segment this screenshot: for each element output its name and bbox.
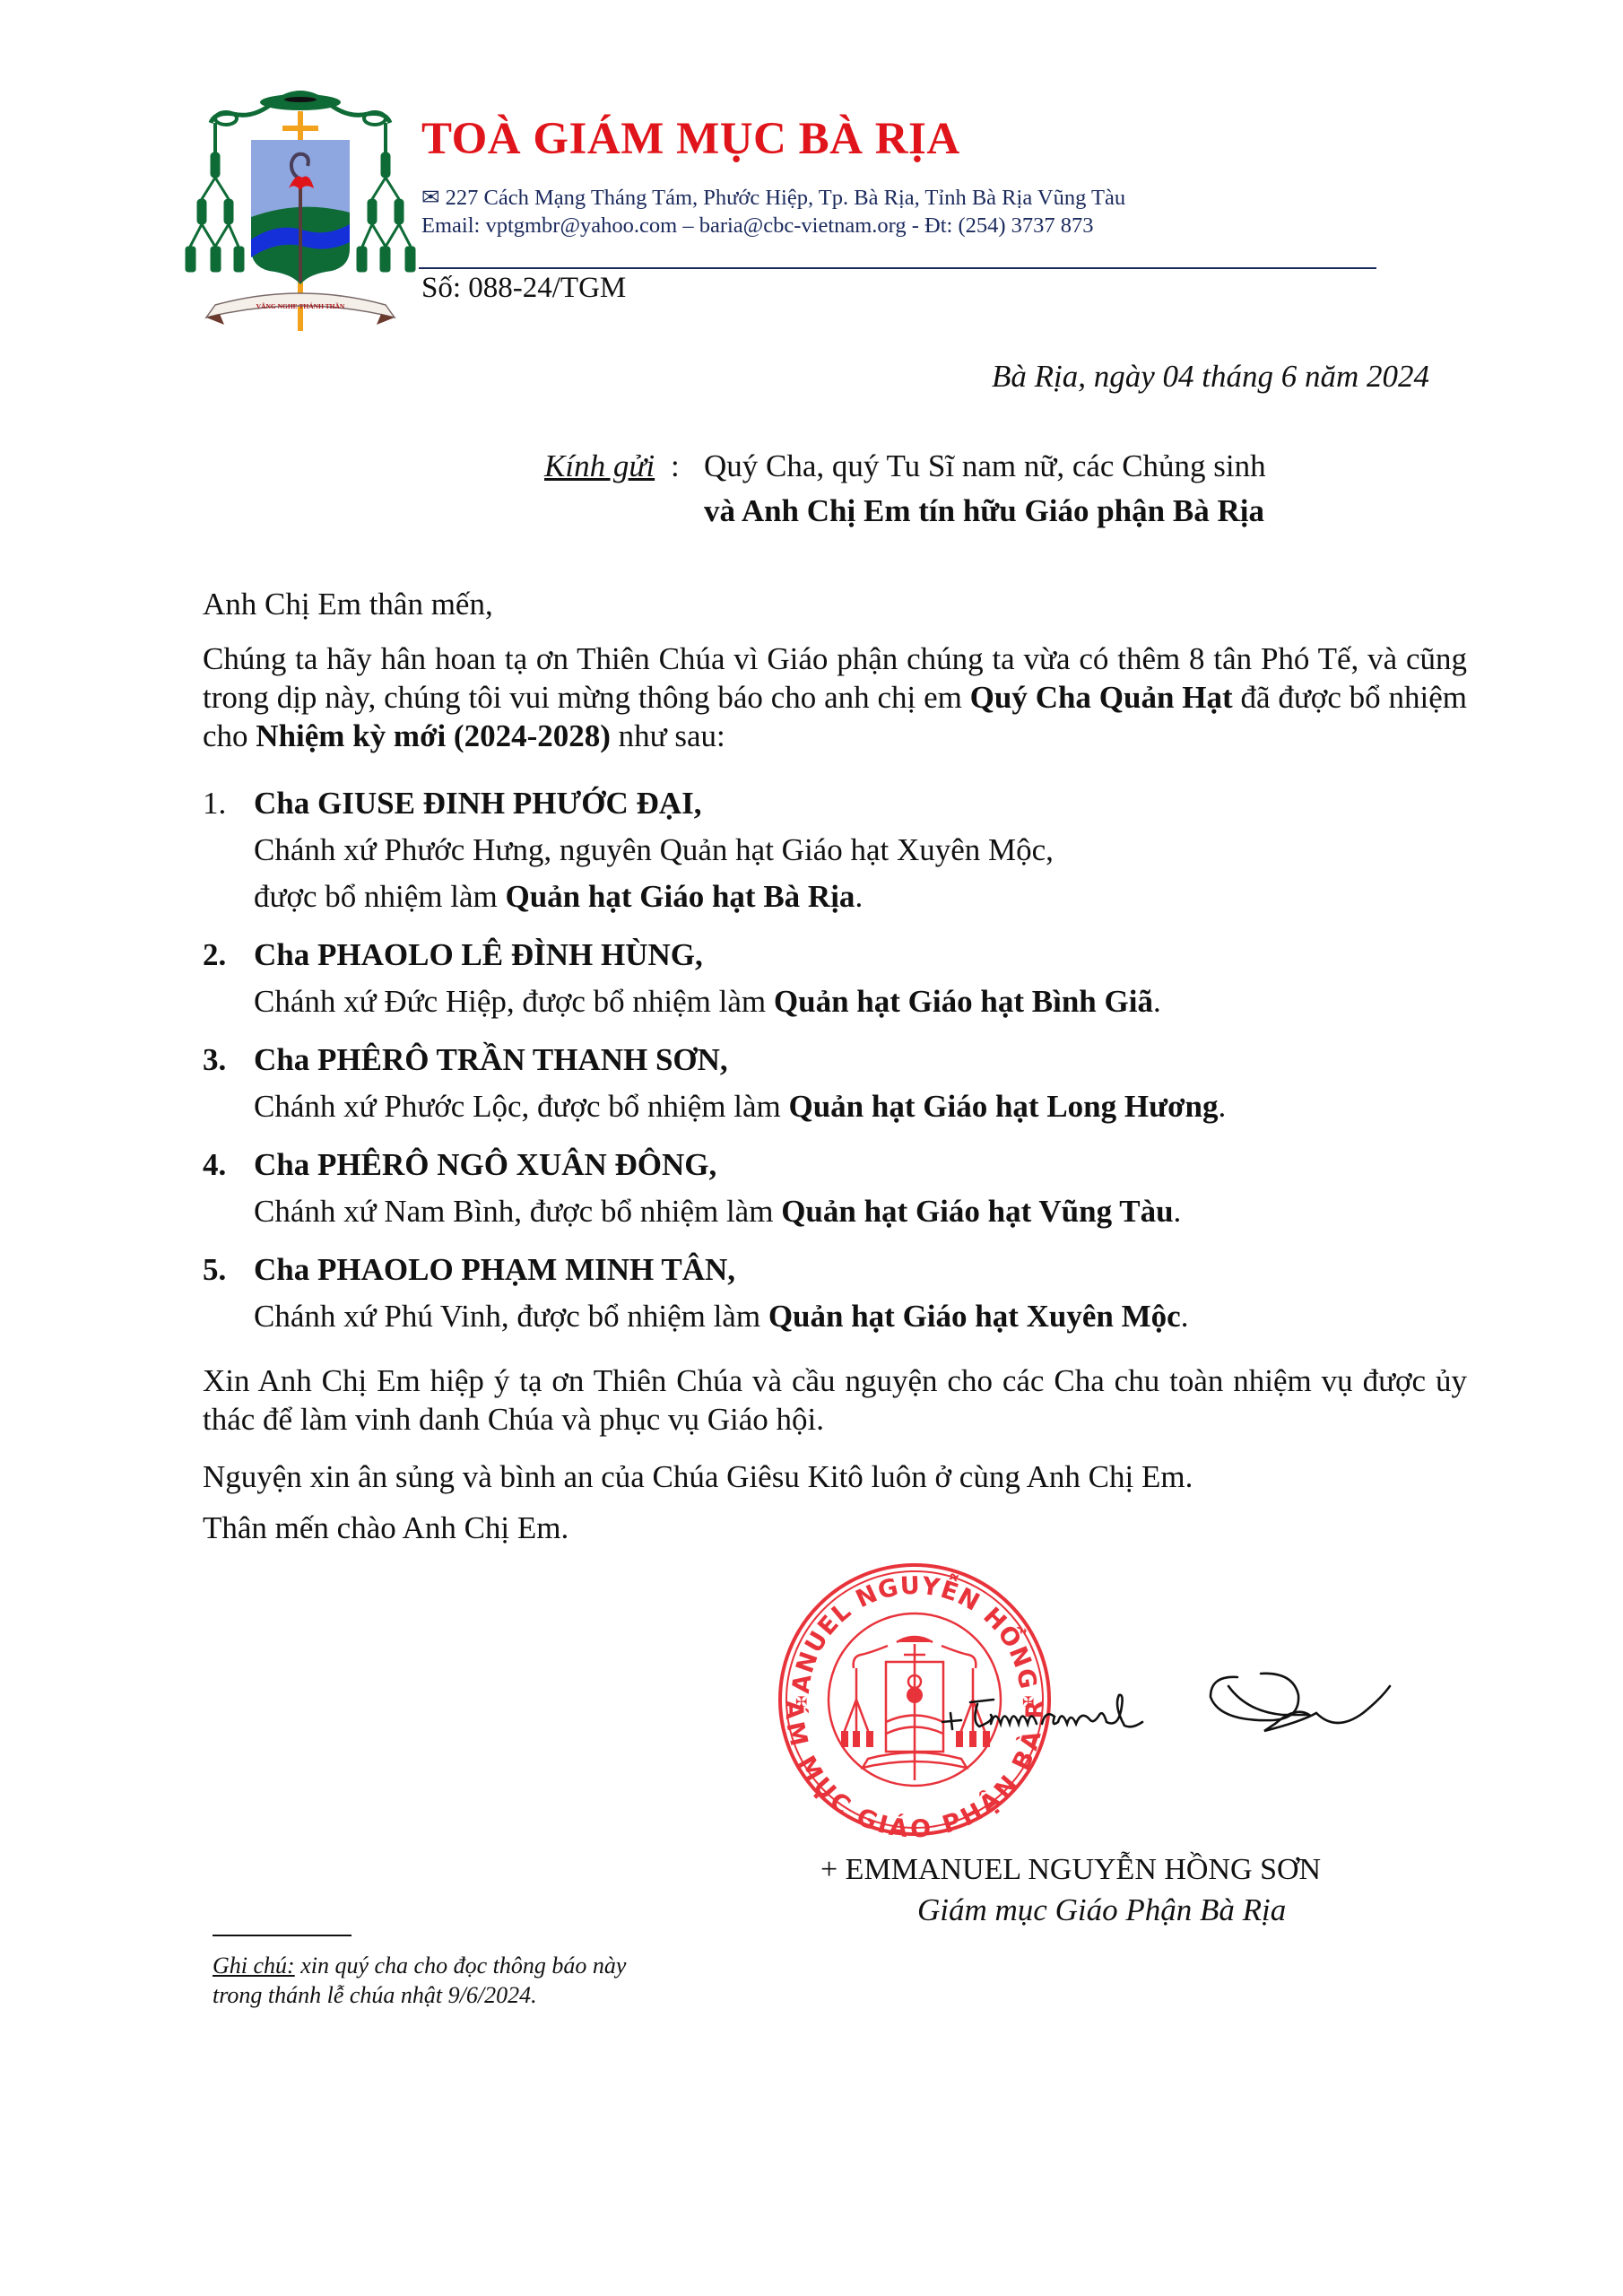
appointment-text-end: .	[1174, 1194, 1182, 1229]
footnote-line-1: Ghi chú: xin quý cha cho đọc thông báo n…	[213, 1952, 626, 1979]
intro-paragraph: Chúng ta hãy hân hoan tạ ơn Thiên Chúa v…	[203, 639, 1467, 755]
appointment-heading: 4.Cha PHÊRÔ NGÔ XUÂN ĐÔNG,	[203, 1142, 1467, 1188]
priest-name: Cha PHAOLO LÊ ĐÌNH HÙNG,	[254, 937, 703, 972]
closing-farewell: Thân mến chào Anh Chị Em.	[203, 1509, 1467, 1547]
appointment-heading: 2.Cha PHAOLO LÊ ĐÌNH HÙNG,	[203, 932, 1467, 978]
appointment-text-end: .	[1181, 1299, 1189, 1334]
header-divider	[419, 267, 1376, 269]
appointment-text: Chánh xứ Phước Hưng, nguyên Quản hạt Giá…	[254, 832, 1054, 867]
address-line: ✉ 227 Cách Mạng Tháng Tám, Phước Hiệp, T…	[421, 184, 1125, 211]
contact-line: Email: vptgmbr@yahoo.com – baria@cbc-vie…	[421, 213, 1094, 239]
appointment-text-end: .	[1218, 1089, 1226, 1124]
seal-star-left-icon: ✠	[795, 1695, 807, 1710]
deanery-assignment: Quản hạt Giáo hạt Xuyên Mộc	[768, 1299, 1181, 1334]
reference-number: Số: 088-24/TGM	[421, 272, 626, 305]
addressee-label: Kính gửi	[544, 448, 655, 484]
closing-blessing: Nguyện xin ân sủng và bình an của Chúa G…	[203, 1457, 1467, 1496]
appointment-description: Chánh xứ Nam Bình, được bổ nhiệm làm Quả…	[203, 1188, 1467, 1235]
appointment-heading: 1.Cha GIUSE ĐINH PHƯỚC ĐẠI,	[203, 780, 1467, 827]
intro-bold-2: Nhiệm kỳ mới (2024-2028)	[256, 718, 611, 753]
closing-prayer: Xin Anh Chị Em hiệp ý tạ ơn Thiên Chúa v…	[203, 1361, 1467, 1439]
appointment-number: 1.	[203, 780, 254, 827]
signatory-title: Giám mục Giáo Phận Bà Rịa	[917, 1892, 1286, 1928]
appointment-description: Chánh xứ Đức Hiệp, được bổ nhiệm làm Quả…	[203, 978, 1467, 1025]
footnote-text-1: xin quý cha cho đọc thông báo này	[295, 1952, 627, 1979]
appointment-text-end: .	[855, 879, 863, 914]
date-line: Bà Rịa, ngày 04 tháng 6 năm 2024	[992, 359, 1429, 395]
appointment-text: được bổ nhiệm làm	[254, 879, 505, 914]
deanery-assignment: Quản hạt Giáo hạt Bà Rịa	[505, 879, 855, 914]
intro-text-3: như sau:	[611, 718, 725, 753]
appointment-heading: 3.Cha PHÊRÔ TRẦN THANH SƠN,	[203, 1037, 1467, 1083]
appointment-description: Chánh xứ Phước Hưng, nguyên Quản hạt Giá…	[203, 827, 1467, 874]
appointment-item: 2.Cha PHAOLO LÊ ĐÌNH HÙNG,Chánh xứ Đức H…	[203, 932, 1467, 1025]
organization-title: TOÀ GIÁM MỤC BÀ RỊA	[421, 113, 960, 165]
appointment-text-end: .	[1153, 984, 1161, 1019]
appointment-number: 2.	[203, 932, 254, 978]
appointment-description: được bổ nhiệm làm Quản hạt Giáo hạt Bà R…	[203, 874, 1467, 920]
footnote-divider	[213, 1935, 352, 1936]
addressee-line-1: Quý Cha, quý Tu Sĩ nam nữ, các Chủng sin…	[704, 448, 1266, 484]
appointment-description: Chánh xứ Phước Lộc, được bổ nhiệm làm Qu…	[203, 1083, 1467, 1130]
appointment-item: 5.Cha PHAOLO PHẠM MINH TÂN,Chánh xứ Phú …	[203, 1247, 1467, 1340]
addressee-line-2: và Anh Chị Em tín hữu Giáo phận Bà Rịa	[704, 493, 1264, 529]
priest-name: Cha PHÊRÔ NGÔ XUÂN ĐÔNG,	[254, 1147, 716, 1182]
addressee-label-text: Kính gửi	[544, 448, 655, 483]
diocese-coat-of-arms-logo: VÂNG NGHE THÁNH THẦN	[179, 83, 421, 338]
addressee-colon: :	[671, 448, 680, 484]
deanery-assignment: Quản hạt Giáo hạt Long Hương	[788, 1089, 1218, 1124]
envelope-icon: ✉	[421, 186, 440, 210]
appointment-text: Chánh xứ Phước Lộc, được bổ nhiệm làm	[254, 1089, 788, 1124]
priest-name: Cha GIUSE ĐINH PHƯỚC ĐẠI,	[254, 786, 701, 821]
appointment-heading: 5.Cha PHAOLO PHẠM MINH TÂN,	[203, 1247, 1467, 1293]
appointment-item: 4.Cha PHÊRÔ NGÔ XUÂN ĐÔNG,Chánh xứ Nam B…	[203, 1142, 1467, 1235]
priest-name: Cha PHÊRÔ TRẦN THANH SƠN,	[254, 1042, 728, 1077]
logo-motto: VÂNG NGHE THÁNH THẦN	[256, 301, 345, 310]
address-text: 227 Cách Mạng Tháng Tám, Phước Hiệp, Tp.…	[446, 186, 1125, 210]
signatory-name: + EMMANUEL NGUYỄN HỒNG SƠN	[820, 1853, 1321, 1887]
intro-bold-1: Quý Cha Quản Hạt	[970, 680, 1233, 715]
handwritten-signature	[942, 1659, 1462, 1749]
deanery-assignment: Quản hạt Giáo hạt Bình Giã	[774, 984, 1153, 1019]
appointment-description: Chánh xứ Phú Vinh, được bổ nhiệm làm Quả…	[203, 1293, 1467, 1340]
footnote-line-2: trong thánh lễ chúa nhật 9/6/2024.	[213, 1982, 537, 2009]
appointment-number: 4.	[203, 1142, 254, 1188]
deanery-assignment: Quản hạt Giáo hạt Vũng Tàu	[781, 1194, 1173, 1229]
appointment-item: 3.Cha PHÊRÔ TRẦN THANH SƠN,Chánh xứ Phướ…	[203, 1037, 1467, 1130]
appointment-number: 5.	[203, 1247, 254, 1293]
appointment-item: 1.Cha GIUSE ĐINH PHƯỚC ĐẠI,Chánh xứ Phướ…	[203, 780, 1467, 920]
appointment-list: 1.Cha GIUSE ĐINH PHƯỚC ĐẠI,Chánh xứ Phướ…	[203, 780, 1467, 1352]
appointment-number: 3.	[203, 1037, 254, 1083]
greeting: Anh Chị Em thân mến,	[203, 585, 1467, 623]
appointment-text: Chánh xứ Phú Vinh, được bổ nhiệm làm	[254, 1299, 768, 1334]
appointment-text: Chánh xứ Nam Bình, được bổ nhiệm làm	[254, 1194, 781, 1229]
priest-name: Cha PHAOLO PHẠM MINH TÂN,	[254, 1252, 735, 1287]
appointment-text: Chánh xứ Đức Hiệp, được bổ nhiệm làm	[254, 984, 774, 1019]
footnote-label: Ghi chú:	[213, 1952, 295, 1979]
